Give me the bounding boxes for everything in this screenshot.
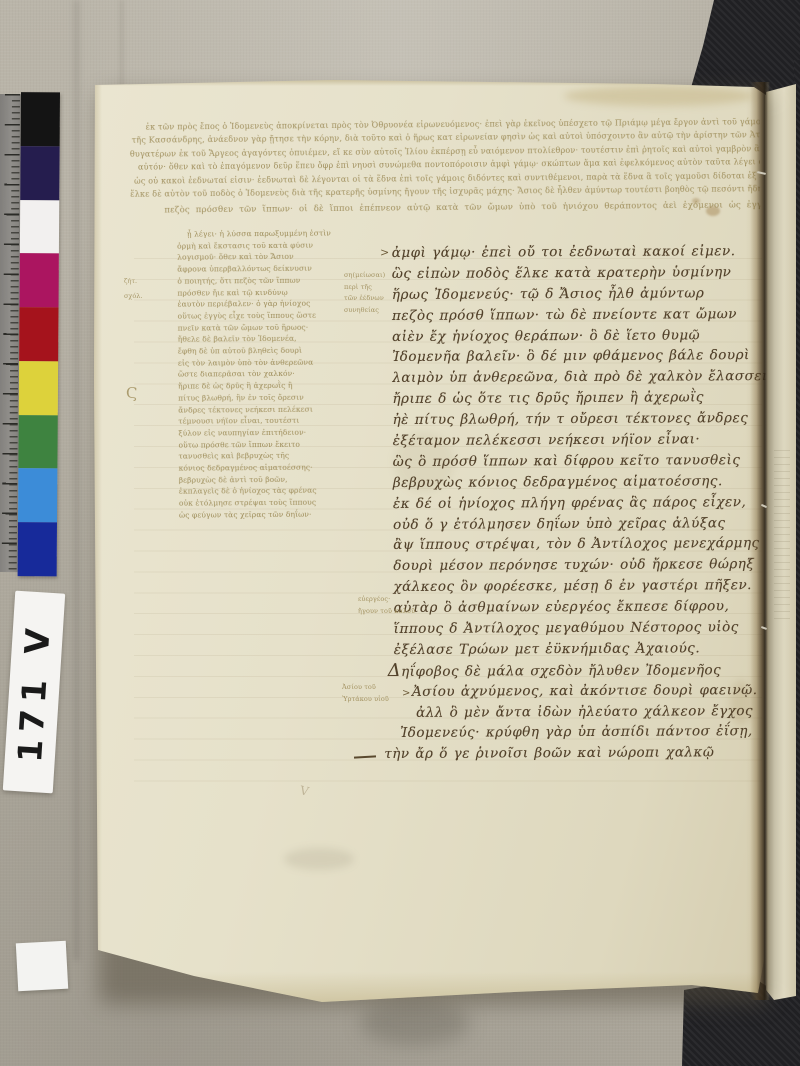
marginal-note-line: ἤγουν τοῦ καλοῦ	[358, 606, 438, 618]
calibration-group	[0, 92, 62, 576]
iliad-verse-line: Ἰδομενῆα βαλεῖν· ὃ δέ μιν φθάμενος βάλε …	[392, 345, 764, 368]
marginal-note-line: ση(μείωσαι)	[344, 270, 404, 282]
iliad-verse-line: ἐκ δέ οἱ ἡνίοχος πλήγη φρένας ἃς πάρος ε…	[393, 492, 765, 515]
iliad-verse-line: λαιμὸν ὑπ ἀνθερεῶνα, διὰ πρὸ δὲ χαλκὸν ἔ…	[392, 366, 764, 389]
iliad-verse-line: αὐτὰρ ὃ ἀσθμαίνων εὐεργέος ἔκπεσε δίφρου…	[393, 596, 765, 619]
color-chip	[18, 469, 57, 523]
blank-label	[16, 941, 68, 992]
top-scholia-block: ἐκ τῶν πρὸς ἔπος ὁ Ἰδομενεὺς ἀποκρίνεται…	[130, 115, 761, 218]
iliad-verse-line: ἵππους δ Ἀντίλοχος μεγαθύμου Νέστορος υἱ…	[394, 617, 766, 640]
iliad-verse-line: ὣς ὃ πρόσθ ἵππων καὶ δίφρου κεῖτο τανυσθ…	[393, 450, 765, 473]
iliad-verse-line: Ἀσίου ἀχνύμενος, καὶ ἀκόντισε δουρὶ φαει…	[412, 680, 766, 703]
marginal-note-line: τῶν ἐέδνων	[344, 293, 404, 305]
iliad-verse-line: ἥρως Ἰδομενεύς· τῷ δ Ἄσιος ἦλθ ἀμύντωρ	[392, 283, 764, 306]
gloss-word: ζήτ.	[124, 274, 164, 289]
left-margin-gloss: ζήτ.σχόλ.	[124, 274, 164, 304]
facing-page-showthrough	[774, 450, 790, 620]
iliad-verse-line: ἐξέλασε Τρώων μετ ἐϋκνήμιδας Ἀχαιούς.	[394, 638, 766, 661]
marginal-note-upper: ση(μείωσαι)περὶ τῆςτῶν ἐέδνωνσυνηθείας	[344, 270, 404, 316]
gutter-shadow	[750, 82, 770, 1000]
color-chip	[19, 253, 58, 307]
main-text-block: ἀμφὶ γάμῳ· ἐπεὶ οὔ τοι ἐεδνωταὶ κακοί εἰ…	[392, 241, 767, 765]
iliad-verse-line: ἂψ ἵππους στρέψαι, τὸν δ Ἀντίλοχος μενεχ…	[393, 533, 765, 556]
iliad-verse-line: χάλκεος ὃν φορέεσκε, μέσῃ δ ἐν γαστέρι π…	[393, 575, 765, 598]
cloth-crease	[120, 0, 123, 90]
iliad-verse-line: οὐδ ὅ γ ἐτόλμησεν δηΐων ὑπὸ χεῖρας ἀλύξα…	[393, 513, 765, 536]
iliad-verse-line: ἠὲ πίτυς βλωθρή, τήν τ οὔρεσι τέκτονες ἄ…	[393, 408, 765, 431]
folio-label-text: 171 V	[10, 620, 58, 763]
color-chip	[18, 415, 57, 469]
marginal-note-line: συνηθείας	[344, 305, 404, 317]
iliad-verse-line: ὣς εἰπὼν ποδὸς ἕλκε κατὰ κρατερὴν ὑσμίνη…	[392, 262, 764, 285]
color-calibration-bar	[18, 92, 60, 576]
marginal-note-line: εὐεργέος·	[358, 594, 438, 606]
parchment-stain	[564, 86, 754, 106]
scholia-line: πεζὸς πρόσθεν τῶν ἵππων· οἱ δὲ ἵπποι ἐπέ…	[164, 200, 760, 219]
iliad-verse-line: ἤριπε δ ὡς ὅτε τις δρῦς ἤριπεν ἢ ἀχερωῒς	[392, 387, 764, 410]
color-chip	[20, 146, 59, 200]
iliad-verse-line: αἰὲν ἔχ ἡνίοχος θεράπων· ὃ δὲ ἵετο θυμῷ	[392, 325, 764, 348]
iliad-verse-line: ἀλλ ὃ μὲν ἄντα ἰδὼν ἠλεύατο χάλκεον ἔγχο…	[416, 701, 766, 724]
iliad-verse-line: πεζὸς πρόσθ ἵππων· τὼ δὲ πνείοντε κατ ὤμ…	[392, 304, 764, 327]
marginal-note-lower: Ἀσίου τοῦὙρτάκου υἱοῦ	[342, 682, 404, 705]
diple-mark: >	[380, 246, 389, 259]
left-scholia-column: ᾗ λέγει· ἡ λύσσα παρωξυμμένη ἐστὶνὁρμὴ κ…	[177, 227, 361, 521]
color-chip	[21, 92, 60, 146]
iliad-verse-line: τὴν ἄρ ὅ γε ῥινοῖσι βοῶν καὶ νώροπι χαλκ…	[384, 742, 766, 765]
gloss-word: σχόλ.	[124, 289, 164, 304]
marginal-note-line: Ἀσίου τοῦ	[342, 682, 404, 694]
cloth-crease	[74, 0, 79, 960]
color-chip	[19, 307, 58, 361]
manuscript-page: ἐκ τῶν πρὸς ἔπος ὁ Ἰδομενεὺς ἀποκρίνεται…	[94, 80, 766, 1002]
iliad-verse-line: βεβρυχὼς κόνιος δεδραγμένος αἱματοέσσης.	[393, 471, 765, 494]
iliad-verse-line: ἀμφὶ γάμῳ· ἐπεὶ οὔ τοι ἐεδνωταὶ κακοί εἰ…	[392, 241, 764, 264]
color-chip	[19, 361, 58, 415]
color-chip	[18, 522, 57, 576]
marginal-note-line: περὶ τῆς	[344, 282, 404, 294]
iliad-verse-line: Ἰδομενεύς· κρύφθη γὰρ ὑπ ἀσπίδι πάντοσ ἐ…	[400, 722, 766, 745]
marginal-note-middle: εὐεργέος·ἤγουν τοῦ καλοῦ	[358, 594, 438, 617]
marginal-note-line: Ὑρτάκου υἱοῦ	[342, 694, 404, 706]
parchment-stain	[284, 848, 354, 870]
marginal-siglum: Ϛ	[126, 384, 137, 402]
scholia-line: ὡς φεύγων τὰς χεῖρας τῶν δηΐων·	[179, 508, 361, 521]
color-chip	[20, 200, 59, 254]
manuscript-photograph: ἐκ τῶν πρὸς ἔπος ὁ Ἰδομενεὺς ἀποκρίνεται…	[0, 0, 800, 1066]
iliad-verse-line: δουρὶ μέσον περόνησε τυχών· οὐδ ἤρκεσε θ…	[393, 554, 765, 577]
iliad-verse-line: ἐξέταμον πελέκεσσι νεήκεσι νήϊον εἶναι·	[393, 429, 765, 452]
iliad-verse-line: Δηΐφοβος δὲ μάλα σχεδὸν ἤλυθεν Ἰδομενῆος	[388, 659, 766, 682]
cloth-smudge	[360, 1000, 470, 1045]
